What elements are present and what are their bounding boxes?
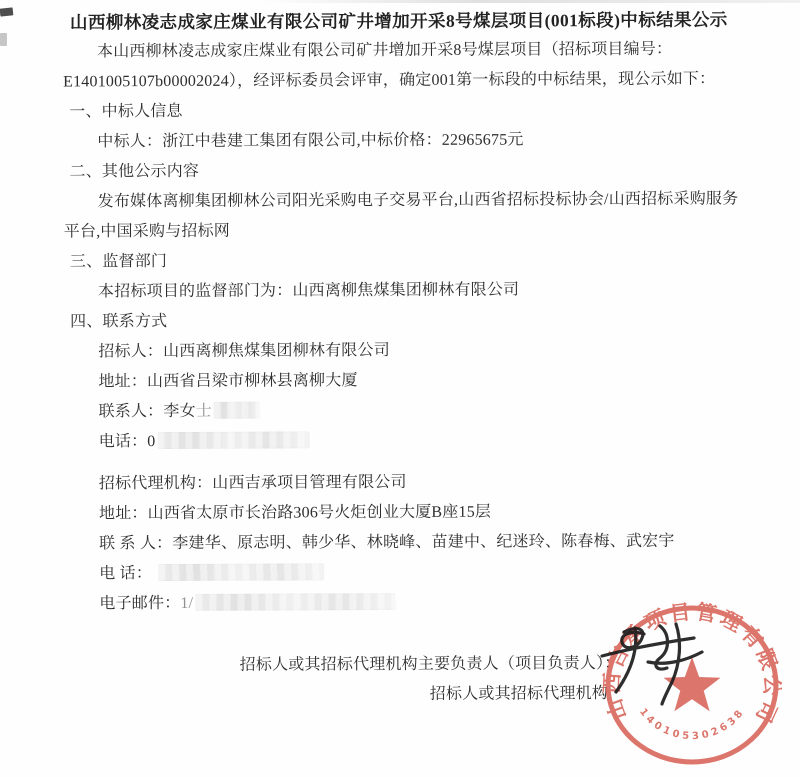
handwritten-signature [572, 618, 737, 710]
winner-line: 中标人：浙江中巷建工集团有限公司,中标价格：22965675元 [63, 125, 735, 158]
agency-address-line: 地址：山西省太原市长治路306号火炬创业大厦B座15层 [65, 497, 737, 530]
tenderer-contact-fragment: 士 [196, 403, 212, 420]
intro-line-2: E1401005107b00002024），经评标委员会评审，确定001第一标段… [63, 65, 735, 98]
redacted-agency-phone [158, 563, 324, 581]
intro-line-1: 本山西柳林凌志成家庄煤业有限公司矿井增加开采8号煤层项目（招标项目编号： [63, 35, 735, 68]
section-2-heading: 二、其他公示内容 [63, 155, 735, 188]
document-page: 山西柳林凌志成家庄煤业有限公司矿井增加开采8号煤层项目(001标段)中标结果公示… [0, 0, 800, 777]
supervisor-line: 本招标项目的监督部门为：山西离柳焦煤集团柳林有限公司 [64, 275, 736, 308]
tenderer-contact-line: 联系人：李女士 [64, 395, 736, 428]
agency-email-label: 电子邮件： [99, 595, 180, 612]
tenderer-phone-label: 电话：0 [99, 433, 156, 450]
media-line-1: 发布媒体离柳集团柳林公司阳光采购电子交易平台,山西省招标投标协会/山西招标采购服… [64, 185, 736, 218]
document-title: 山西柳林凌志成家庄煤业有限公司矿井增加开采8号煤层项目(001标段)中标结果公示 [63, 5, 735, 38]
redacted-tenderer-phone [157, 431, 309, 449]
agency-phone-label: 电 话： [99, 565, 152, 582]
section-3-heading: 三、监督部门 [64, 245, 736, 278]
section-1-heading: 一、中标人信息 [63, 95, 735, 128]
section-4-heading: 四、联系方式 [64, 305, 736, 338]
redacted-contact-name [214, 402, 260, 419]
agency-contacts-line: 联 系 人：李建华、原志明、韩少华、林晓峰、苗建中、纪迷玲、陈春梅、武宏宇 [65, 527, 737, 560]
tenderer-contact-label: 联系人：李女 [99, 403, 196, 420]
tenderer-name-line: 招标人：山西离柳焦煤集团柳林有限公司 [64, 335, 736, 368]
tenderer-phone-line: 电话：0 [65, 425, 737, 458]
agency-name-line: 招标代理机构：山西吉承项目管理有限公司 [65, 467, 737, 500]
tenderer-address-line: 地址：山西省吕梁市柳林县离柳大厦 [64, 365, 736, 398]
redacted-agency-email [195, 593, 395, 611]
agency-phone-line: 电 话： [65, 557, 737, 590]
media-line-2: 平台,中国采购与招标网 [64, 215, 736, 248]
agency-email-fragment: 1/ [180, 595, 193, 612]
